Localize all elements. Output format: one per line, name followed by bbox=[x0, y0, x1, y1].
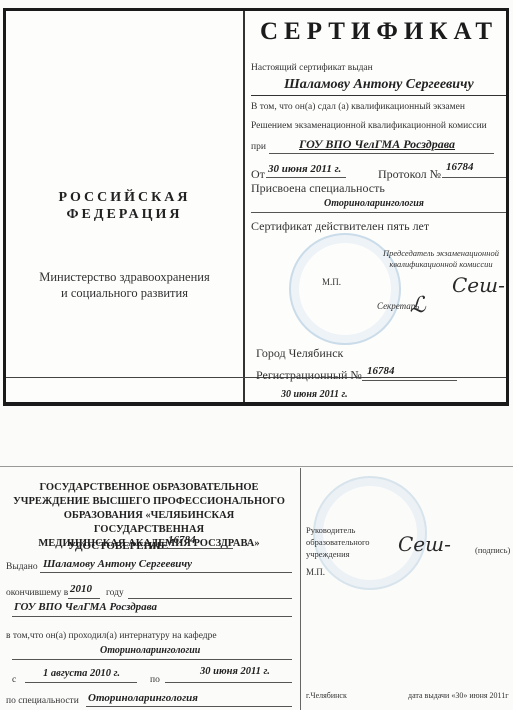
signature-caption: (подпись) bbox=[475, 545, 510, 555]
decision-text: Решением экзаменационной квалификационно… bbox=[251, 121, 487, 131]
secretary-signature-icon: ℒ bbox=[410, 293, 426, 318]
end-date-underline bbox=[165, 682, 292, 683]
chairman-line-2: квалификационной комиссии bbox=[376, 259, 506, 270]
credential-specialty-label: по специальности bbox=[6, 696, 79, 706]
specialty-underline bbox=[251, 212, 506, 213]
date-underline bbox=[266, 177, 346, 178]
from-label: От bbox=[251, 167, 265, 182]
validity-text: Сертификат действителен пять лет bbox=[251, 219, 429, 234]
credential-city: г.Челябинск bbox=[306, 691, 347, 700]
year-underline bbox=[68, 598, 100, 599]
chairman-label: Председатель экзаменационной квалификаци… bbox=[376, 248, 506, 270]
institution: ГОУ ВПО ЧелГМА Росздрава bbox=[299, 137, 455, 152]
country-line-1: РОССИЙСКАЯ bbox=[6, 189, 243, 206]
credential-divider bbox=[300, 468, 301, 710]
credential-institution: ГОУ ВПО ЧелГМА Росздрава bbox=[14, 601, 157, 613]
internship-text: в том,что он(а) проходил(а) интернатуру … bbox=[6, 631, 217, 641]
credential-doc-number: 16784 bbox=[168, 534, 196, 546]
start-date: 1 августа 2010 г. bbox=[43, 668, 120, 679]
specialty-underline-2 bbox=[86, 706, 292, 707]
registration-label: Регистрационный № bbox=[256, 368, 362, 383]
registration-underline bbox=[362, 380, 457, 381]
institution-underline bbox=[269, 153, 494, 154]
holder-underline bbox=[251, 95, 506, 96]
exam-date: 30 июня 2011 г. bbox=[268, 163, 341, 175]
stamp-label: М.П. bbox=[322, 277, 341, 287]
credential-issued-label: Выдано bbox=[6, 562, 38, 572]
cover-ministry: Министерство здравоохранения и социально… bbox=[6, 269, 243, 301]
city: Город Челябинск bbox=[256, 346, 343, 361]
registration-number: 16784 bbox=[367, 365, 395, 377]
year-trail-underline bbox=[128, 598, 292, 599]
exam-text: В том, что он(а) сдал (а) квалификационн… bbox=[251, 102, 465, 112]
issued-to-label: Настоящий сертификат выдан bbox=[251, 63, 373, 73]
protocol-number: 16784 bbox=[446, 161, 474, 173]
credential-issue-date: дата выдачи «30» июня 2011г bbox=[408, 691, 509, 700]
protocol-label: Протокол № bbox=[378, 167, 441, 182]
start-date-underline bbox=[25, 682, 137, 683]
to-label: по bbox=[150, 675, 160, 685]
credential-stamp-label: М.П. bbox=[306, 567, 325, 577]
from-label-2: с bbox=[12, 675, 16, 685]
protocol-underline bbox=[442, 177, 506, 178]
department: Оториноларингологии bbox=[100, 645, 200, 656]
graduation-year: 2010 bbox=[70, 583, 92, 595]
header-line-2: УЧРЕЖДЕНИЕ ВЫСШЕГО ПРОФЕССИОНАЛЬНОГО bbox=[8, 495, 290, 509]
specialty: Оториноларингология bbox=[324, 198, 424, 209]
ministry-line-1: Министерство здравоохранения bbox=[6, 269, 243, 285]
credential-holder-name: Шаламову Антону Сергеевичу bbox=[43, 558, 192, 570]
head-signature: Сеш- bbox=[398, 532, 451, 556]
credential-doc-label: УДОСТОВЕРЕНИЕ bbox=[68, 540, 168, 552]
cover-country: РОССИЙСКАЯ ФЕДЕРАЦИЯ bbox=[6, 189, 243, 223]
department-underline bbox=[12, 659, 292, 660]
country-line-2: ФЕДЕРАЦИЯ bbox=[6, 206, 243, 223]
chairman-line-1: Председатель экзаменационной bbox=[376, 248, 506, 259]
issue-date: 30 июня 2011 г. bbox=[281, 389, 348, 400]
head-line-3: учреждения bbox=[306, 548, 370, 560]
certificate-title: СЕРТИФИКАТ bbox=[246, 18, 512, 46]
holder-underline-2 bbox=[40, 572, 292, 573]
specialist-certificate: РОССИЙСКАЯ ФЕДЕРАЦИЯ Министерство здраво… bbox=[3, 8, 509, 406]
ministry-line-2: и социального развития bbox=[6, 285, 243, 301]
credential-top-edge bbox=[0, 466, 513, 467]
end-date: 30 июня 2011 г. bbox=[200, 666, 270, 677]
header-line-1: ГОСУДАРСТВЕННОЕ ОБРАЗОВАТЕЛЬНОЕ bbox=[8, 481, 290, 495]
credential-specialty: Оториноларингология bbox=[88, 692, 198, 704]
doc-number-underline bbox=[160, 548, 233, 549]
specialty-label: Присвоена специальность bbox=[251, 181, 385, 196]
header-line-3: ОБРАЗОВАНИЯ «ЧЕЛЯБИНСКАЯ ГОСУДАРСТВЕННАЯ bbox=[8, 509, 290, 537]
at-label: при bbox=[251, 142, 266, 152]
graduated-label: окончившему в bbox=[6, 588, 68, 598]
chairman-signature: Сеш- bbox=[452, 273, 505, 297]
fold-line bbox=[243, 11, 245, 402]
head-line-1: Руководитель bbox=[306, 524, 370, 536]
holder-name: Шаламову Антону Сергеевичу bbox=[284, 77, 474, 93]
institution-underline-2 bbox=[12, 616, 292, 617]
head-label: Руководитель образовательного учреждения bbox=[306, 524, 370, 560]
year-label: году bbox=[106, 588, 124, 598]
head-line-2: образовательного bbox=[306, 536, 370, 548]
